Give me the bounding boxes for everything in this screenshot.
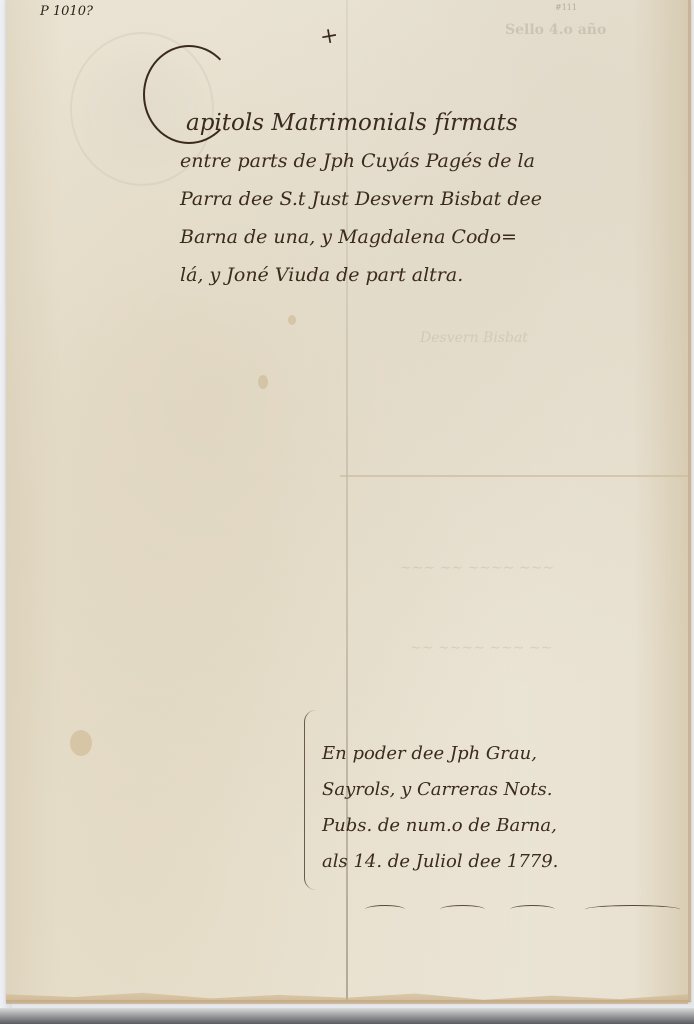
flourish-stroke	[510, 905, 555, 914]
ghost-text-reverse: ∼∼ ∼∼∼∼ ∼∼∼ ∼∼	[410, 640, 552, 656]
ghost-text-reverse: ∼∼∼ ∼∼ ∼∼∼∼ ∼∼∼	[400, 560, 554, 576]
title-line: lá, y Joné Viuda de part altra.	[180, 256, 650, 294]
document-title: apitols Matrimonials fírmats entre parts…	[180, 104, 650, 294]
stain	[288, 315, 296, 325]
title-line: entre parts de Jph Cuyás Pagés de la	[180, 142, 650, 180]
stamp-bleed-through: Sello 4.o año	[505, 22, 675, 50]
title-line: Barna de una, y Magdalena Codo=	[180, 218, 650, 256]
notary-line: Pubs. de num.o de Barna,	[322, 808, 682, 844]
horizontal-fold	[340, 475, 688, 477]
archive-mark: P 1010?	[40, 4, 93, 19]
notary-block: En poder dee Jph Grau, Sayrols, y Carrer…	[322, 736, 682, 880]
flourish-stroke	[585, 905, 680, 914]
ghost-text-reverse: Desvern Bisbat	[420, 330, 528, 346]
notary-line: Sayrols, y Carreras Nots.	[322, 772, 682, 808]
notary-line: En poder dee Jph Grau,	[322, 736, 682, 772]
flourish-stroke	[365, 905, 405, 914]
catalog-number: #111	[555, 3, 577, 12]
title-line: Parra dee S.t Just Desvern Bisbat dee	[180, 180, 650, 218]
backdrop-bottom	[0, 1008, 694, 1024]
notary-line: als 14. de Juliol dee 1779.	[322, 844, 682, 880]
stain	[258, 375, 268, 389]
flourish-stroke	[440, 905, 485, 914]
title-line: apitols Matrimonials fírmats	[180, 104, 650, 142]
stain	[70, 730, 92, 756]
